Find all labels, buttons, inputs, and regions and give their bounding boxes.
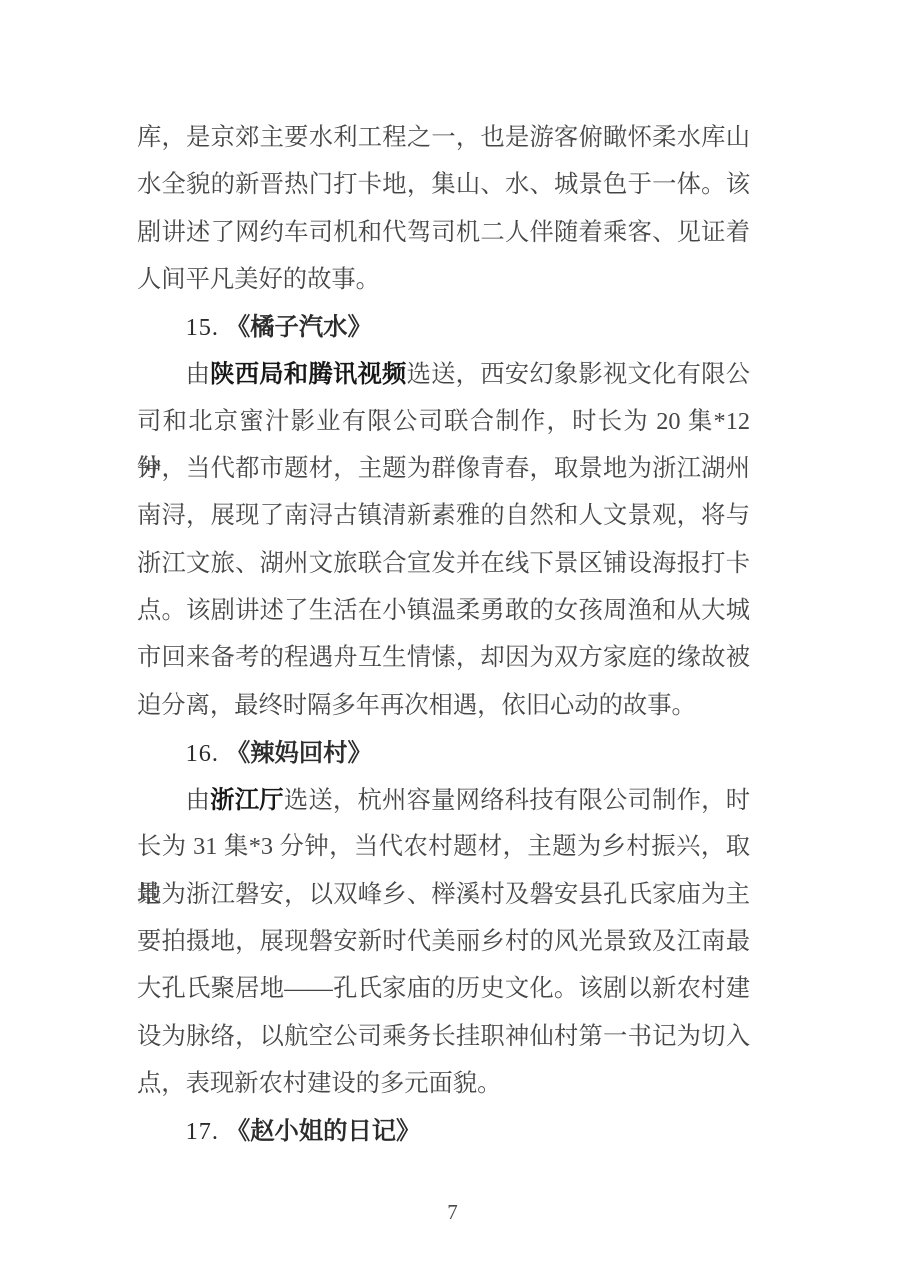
document-text-area: 库，是京郊主要水利工程之一，也是游客俯瞰怀柔水库山水全貌的新晋热门打卡地，集山、…	[137, 114, 750, 1155]
text-line: 点。该剧讲述了生活在小镇温柔勇敢的女孩周渔和从大城	[137, 587, 750, 634]
body-text: 市回来备考的程遇舟互生情愫，却因为双方家庭的缘故被	[137, 644, 750, 671]
body-text: 点，表现新农村建设的多元面貌。	[137, 1070, 501, 1097]
body-text: 要拍摄地，展现磐安新时代美丽乡村的风光景致及江南最	[137, 928, 750, 955]
text-line: 人间平凡美好的故事。	[137, 256, 750, 303]
page-number: 7	[0, 1200, 905, 1225]
text-line: 点，表现新农村建设的多元面貌。	[137, 1060, 750, 1107]
text-line: 迫分离，最终时隔多年再次相遇，依旧心动的故事。	[137, 682, 750, 729]
text-line: 剧讲述了网约车司机和代驾司机二人伴随着乘客、见证着	[137, 209, 750, 256]
bold-text: 浙江厅	[210, 785, 284, 814]
text-line: 由浙江厅选送，杭州容量网络科技有限公司制作，时	[137, 776, 750, 823]
body-text: 水全貌的新晋热门打卡地，集山、水、城景色于一体。该	[137, 171, 750, 198]
body-text: 人间平凡美好的故事。	[137, 266, 380, 293]
section-heading: 15.《橘子汽水》	[137, 303, 750, 350]
section-number: 15.	[186, 314, 219, 341]
text-line: 司和北京蜜汁影业有限公司联合制作，时长为 20 集*12 分	[137, 398, 750, 445]
text-line: 南浔，展现了南浔古镇清新素雅的自然和人文景观，将与	[137, 492, 750, 539]
section-title: 《橘子汽水》	[226, 312, 372, 341]
body-text: 浙江文旅、湖州文旅联合宣发并在线下景区铺设海报打卡	[137, 550, 750, 577]
bold-text: 陕西局和腾讯视频	[210, 359, 406, 388]
body-text: 由	[186, 787, 211, 814]
text-line: 市回来备考的程遇舟互生情愫，却因为双方家庭的缘故被	[137, 634, 750, 681]
body-text: 选送，西安幻象影视文化有限公	[407, 361, 750, 388]
body-text: 由	[186, 361, 211, 388]
text-line: 长为 31 集*3 分钟，当代农村题材，主题为乡村振兴，取景	[137, 823, 750, 870]
section-title: 《赵小姐的日记》	[226, 1116, 420, 1145]
body-text: 地为浙江磐安，以双峰乡、榉溪村及磐安县孔氏家庙为主	[137, 881, 750, 908]
section-number: 16.	[186, 740, 219, 767]
body-text: 点。该剧讲述了生活在小镇温柔勇敢的女孩周渔和从大城	[137, 597, 750, 624]
text-line: 水全貌的新晋热门打卡地，集山、水、城景色于一体。该	[137, 161, 750, 208]
text-line: 设为脉络，以航空公司乘务长挂职神仙村第一书记为切入	[137, 1013, 750, 1060]
section-number: 17.	[186, 1118, 219, 1145]
text-line: 浙江文旅、湖州文旅联合宣发并在线下景区铺设海报打卡	[137, 540, 750, 587]
body-text: 南浔，展现了南浔古镇清新素雅的自然和人文景观，将与	[137, 502, 750, 529]
body-text: 库，是京郊主要水利工程之一，也是游客俯瞰怀柔水库山	[137, 124, 750, 151]
text-line: 库，是京郊主要水利工程之一，也是游客俯瞰怀柔水库山	[137, 114, 750, 161]
body-text: 钟，当代都市题材，主题为群像青春，取景地为浙江湖州	[137, 455, 750, 482]
body-text: 设为脉络，以航空公司乘务长挂职神仙村第一书记为切入	[137, 1023, 750, 1050]
text-line: 钟，当代都市题材，主题为群像青春，取景地为浙江湖州	[137, 445, 750, 492]
body-text: 选送，杭州容量网络科技有限公司制作，时	[284, 787, 750, 814]
body-text: 剧讲述了网约车司机和代驾司机二人伴随着乘客、见证着	[137, 219, 750, 246]
text-line: 大孔氏聚居地——孔氏家庙的历史文化。该剧以新农村建	[137, 965, 750, 1012]
text-line: 地为浙江磐安，以双峰乡、榉溪村及磐安县孔氏家庙为主	[137, 871, 750, 918]
text-line: 由陕西局和腾讯视频选送，西安幻象影视文化有限公	[137, 350, 750, 397]
section-heading: 17.《赵小姐的日记》	[137, 1107, 750, 1154]
section-heading: 16.《辣妈回村》	[137, 729, 750, 776]
text-line: 要拍摄地，展现磐安新时代美丽乡村的风光景致及江南最	[137, 918, 750, 965]
body-text: 迫分离，最终时隔多年再次相遇，依旧心动的故事。	[137, 692, 696, 719]
body-text: 大孔氏聚居地——孔氏家庙的历史文化。该剧以新农村建	[137, 975, 750, 1002]
section-title: 《辣妈回村》	[226, 738, 372, 767]
